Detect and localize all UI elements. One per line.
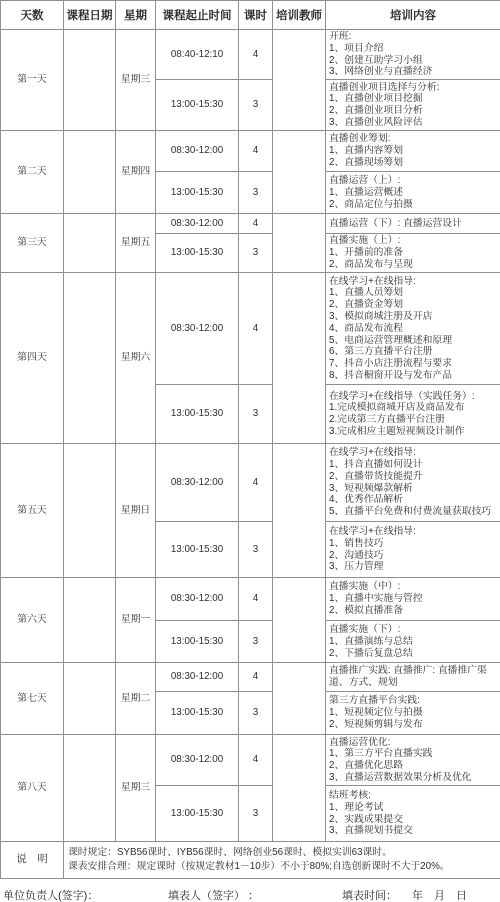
teacher-cell	[273, 735, 326, 842]
date-cell	[64, 663, 116, 735]
time-cell: 13:00-15:30	[156, 692, 239, 735]
table-row: 第一天 星期三 08:40-12:10 4 开班: 1、项目介绍 2、创建互助学…	[1, 30, 500, 80]
time-cell: 13:00-15:30	[156, 522, 239, 578]
time-cell: 13:00-15:30	[156, 80, 239, 131]
table-row: 第八天 星期三 08:30-12:00 4 直播运营优化: 1、第三方平台直播实…	[1, 735, 500, 786]
hours-cell: 3	[239, 786, 273, 842]
weekday-cell: 星期日	[116, 444, 156, 578]
time-cell: 08:30-12:00	[156, 735, 239, 786]
weekday-cell: 星期六	[116, 273, 156, 444]
content-cell: 直播实施（上）: 1、开播前的准备 2、商品发布与呈现	[326, 234, 500, 273]
date-cell	[64, 578, 116, 663]
date-cell	[64, 273, 116, 444]
hours-cell: 3	[239, 385, 273, 444]
weekday-cell: 星期三	[116, 735, 156, 842]
hours-cell: 4	[239, 444, 273, 522]
teacher-cell	[273, 214, 326, 273]
table-row: 第五天 星期日 08:30-12:00 4 在线学习+在线指导: 1、抖音直播如…	[1, 444, 500, 522]
time-cell: 08:30-12:00	[156, 578, 239, 621]
hours-cell: 3	[239, 234, 273, 273]
hours-cell: 3	[239, 80, 273, 131]
hours-cell: 3	[239, 172, 273, 214]
teacher-cell	[273, 663, 326, 735]
content-cell: 在线学习+在线指导: 1、抖音直播如何设计 2、直播带货技能提升 3、短视频爆款…	[326, 444, 500, 522]
content-cell: 在线学习+在线指导: 1、直播人员筹划 2、直播资金筹划 3、模拟商城注册及开店…	[326, 273, 500, 385]
hours-cell: 4	[239, 735, 273, 786]
hours-cell: 4	[239, 214, 273, 234]
day-label: 第三天	[1, 214, 64, 273]
table-row: 第七天 星期二 08:30-12:00 4 直播推广实践: 直播推广: 直播推广…	[1, 663, 500, 692]
weekday-cell: 星期三	[116, 30, 156, 131]
weekday-cell: 星期五	[116, 214, 156, 273]
col-header-content: 培训内容	[326, 1, 500, 30]
table-row: 第二天 星期四 08:30-12:00 4 直播创业筹划: 1、直播内容筹划 2…	[1, 131, 500, 172]
teacher-cell	[273, 30, 326, 131]
time-cell: 08:30-12:00	[156, 273, 239, 385]
time-cell: 08:30-12:00	[156, 444, 239, 522]
content-cell: 直播运营（下）: 直播运营设计	[326, 214, 500, 234]
training-schedule-table: 天数 课程日期 星期 课程起止时间 课时 培训教师 培训内容 第一天 星期三 0…	[0, 0, 500, 879]
notes-label: 说 明	[1, 842, 64, 879]
content-cell: 直播创业项目选择与分析: 1、直播创业项目挖掘 2、直播创业项目分析 3、直播创…	[326, 80, 500, 131]
signature-footer: 单位负责人(签字)： 填表人（签字） ： 填表时间： 年 月 日	[0, 879, 500, 902]
table-row: 第三天 星期五 08:30-12:00 4 直播运营（下）: 直播运营设计	[1, 214, 500, 234]
col-header-course-date: 课程日期	[64, 1, 116, 30]
teacher-cell	[273, 444, 326, 578]
schedule-sheet: 天数 课程日期 星期 课程起止时间 课时 培训教师 培训内容 第一天 星期三 0…	[0, 0, 500, 902]
hours-cell: 4	[239, 578, 273, 621]
time-cell: 08:40-12:10	[156, 30, 239, 80]
col-header-hours: 课时	[239, 1, 273, 30]
hours-cell: 4	[239, 273, 273, 385]
day-label: 第五天	[1, 444, 64, 578]
col-header-teacher: 培训教师	[273, 1, 326, 30]
weekday-cell: 星期一	[116, 578, 156, 663]
content-cell: 直播实施（中）: 1、直播中实施与管控 2、模拟直播准备	[326, 578, 500, 621]
time-cell: 08:30-12:00	[156, 131, 239, 172]
content-cell: 结班考核: 1、理论考试 2、实践成果提交 3、直播规划书提交	[326, 786, 500, 842]
teacher-cell	[273, 131, 326, 214]
time-cell: 13:00-15:30	[156, 234, 239, 273]
hours-cell: 3	[239, 692, 273, 735]
time-cell: 08:30-12:00	[156, 663, 239, 692]
fill-date-label: 填表时间：	[342, 887, 397, 902]
time-cell: 08:30-12:00	[156, 214, 239, 234]
day-label: 第六天	[1, 578, 64, 663]
content-cell: 直播运营优化: 1、第三方平台直播实践 2、直播优化思路 3、直播运营数据效果分…	[326, 735, 500, 786]
time-cell: 13:00-15:30	[156, 621, 239, 663]
date-cell	[64, 30, 116, 131]
col-header-weekday: 星期	[116, 1, 156, 30]
form-filler-label: 填表人（签字） ：	[168, 887, 259, 902]
unit-signer-label: 单位负责人(签字)：	[3, 887, 98, 902]
date-cell	[64, 131, 116, 214]
content-cell: 第三方直播平台实践: 1、短视频定位与拍摄 2、短视频剪辑与发布	[326, 692, 500, 735]
time-cell: 13:00-15:30	[156, 385, 239, 444]
content-cell: 直播运营（上）: 1、直播运营概述 2、商品定位与拍摄	[326, 172, 500, 214]
teacher-cell	[273, 578, 326, 663]
notes-text: 课时规定：SYB56课时、IYB56课时、网络创业56课时、模拟实训63课时。 …	[64, 842, 500, 879]
hours-cell: 4	[239, 131, 273, 172]
content-cell: 直播推广实践: 直播推广: 直播推广渠道、方式、规划	[326, 663, 500, 692]
hours-cell: 3	[239, 621, 273, 663]
time-cell: 13:00-15:30	[156, 172, 239, 214]
day-label: 第八天	[1, 735, 64, 842]
header-row: 天数 课程日期 星期 课程起止时间 课时 培训教师 培训内容	[1, 1, 500, 30]
hours-cell: 3	[239, 522, 273, 578]
notes-row: 说 明 课时规定：SYB56课时、IYB56课时、网络创业56课时、模拟实训63…	[1, 842, 500, 879]
date-cell	[64, 214, 116, 273]
teacher-cell	[273, 273, 326, 444]
day-label: 第七天	[1, 663, 64, 735]
hours-cell: 4	[239, 663, 273, 692]
content-cell: 直播创业筹划: 1、直播内容筹划 2、直播现场筹划	[326, 131, 500, 172]
day-label: 第一天	[1, 30, 64, 131]
content-cell: 在线学习+在线指导（实践任务）: 1.完成模拟商城开店及商品发布 2.完成第三方…	[326, 385, 500, 444]
content-cell: 在线学习+在线指导: 1、销售技巧 2、沟通技巧 3、压力管理	[326, 522, 500, 578]
content-cell: 开班: 1、项目介绍 2、创建互助学习小组 3、网络创业与直播经济	[326, 30, 500, 80]
date-cell	[64, 444, 116, 578]
table-row: 第六天 星期一 08:30-12:00 4 直播实施（中）: 1、直播中实施与管…	[1, 578, 500, 621]
weekday-cell: 星期四	[116, 131, 156, 214]
day-label: 第二天	[1, 131, 64, 214]
time-cell: 13:00-15:30	[156, 786, 239, 842]
weekday-cell: 星期二	[116, 663, 156, 735]
date-cell	[64, 735, 116, 842]
table-row: 第四天 星期六 08:30-12:00 4 在线学习+在线指导: 1、直播人员筹…	[1, 273, 500, 385]
date-blank: 年 月 日	[412, 887, 467, 902]
col-header-time: 课程起止时间	[156, 1, 239, 30]
content-cell: 直播实施（下）: 1、直播演练与总结 2、下播后复盘总结	[326, 621, 500, 663]
day-label: 第四天	[1, 273, 64, 444]
col-header-days: 天数	[1, 1, 64, 30]
hours-cell: 4	[239, 30, 273, 80]
